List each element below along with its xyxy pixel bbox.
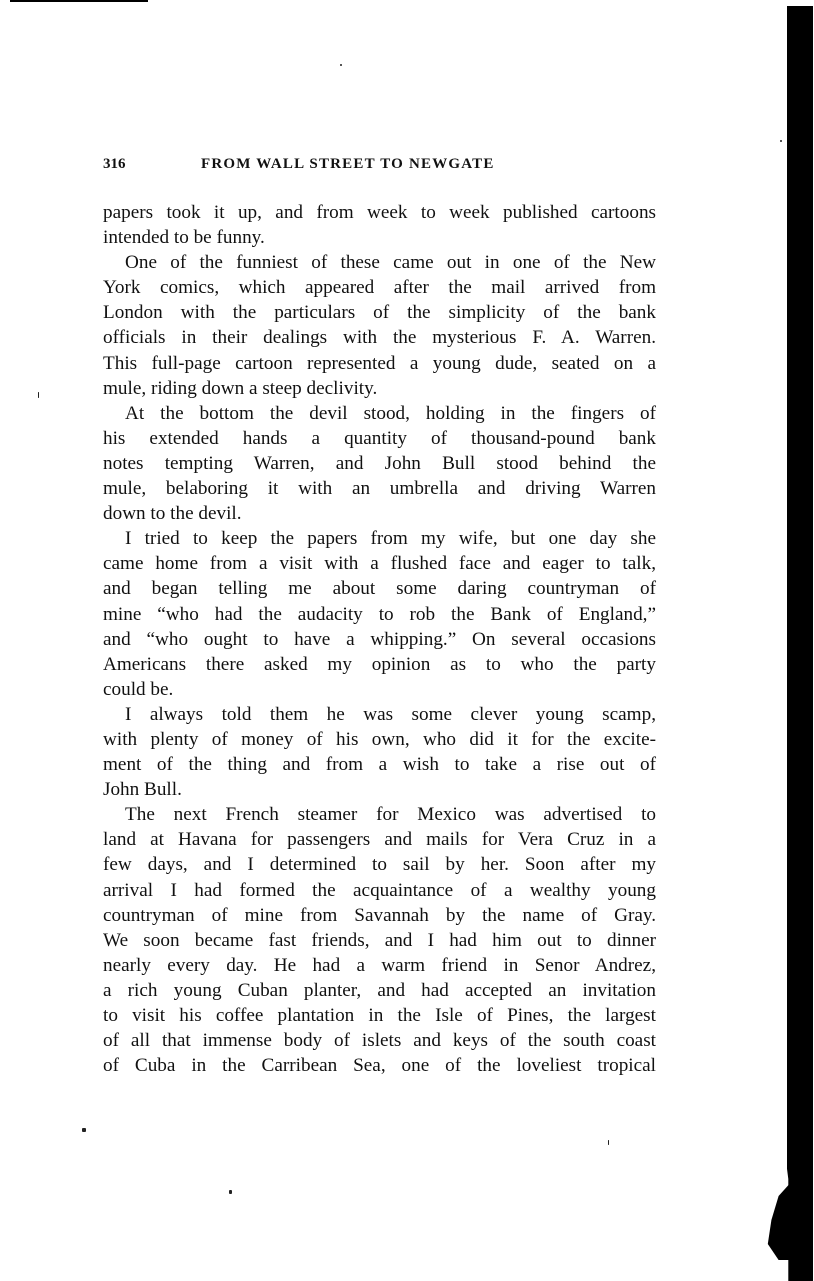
text-line: countryman of mine from Savannah by the … [103,903,656,928]
text-line: mule, riding down a steep declivity. [103,376,656,401]
page-number: 316 [103,156,126,173]
running-header: 316 FROM WALL STREET TO NEWGATE [103,156,658,178]
text-line: This full-page cartoon represented a you… [103,351,656,376]
text-line: could be. [103,677,656,702]
text-line: few days, and I determined to sail by he… [103,852,656,877]
scan-speck [608,1140,609,1145]
text-line: his extended hands a quantity of thousan… [103,426,656,451]
scan-speck [229,1190,232,1194]
running-title: FROM WALL STREET TO NEWGATE [201,156,495,173]
text-line: ment of the thing and from a wish to tak… [103,752,656,777]
scan-binding-shadow [787,6,813,1281]
scan-speck [340,64,342,66]
text-line: papers took it up, and from week to week… [103,200,656,225]
text-line: and began telling me about some daring c… [103,576,656,601]
text-line: officials in their dealings with the mys… [103,325,656,350]
text-line: came home from a visit with a flushed fa… [103,551,656,576]
text-line: mule, belaboring it with an umbrella and… [103,476,656,501]
text-line: to visit his coffee plantation in the Is… [103,1003,656,1028]
scan-binding-shadow-lower [757,1180,793,1260]
text-line: mine “who had the audacity to rob the Ba… [103,602,656,627]
text-line: nearly every day. He had a warm friend i… [103,953,656,978]
scanned-book-page: 316 FROM WALL STREET TO NEWGATE papers t… [0,0,814,1281]
text-line: down to the devil. [103,501,656,526]
text-line: York comics, which appeared after the ma… [103,275,656,300]
text-line: I tried to keep the papers from my wife,… [103,526,656,551]
body-text: papers took it up, and from week to week… [103,200,656,1078]
scan-speck [38,392,39,398]
text-line: London with the particulars of the simpl… [103,300,656,325]
scan-edge-rule [10,0,148,2]
text-line: with plenty of money of his own, who did… [103,727,656,752]
text-line: One of the funniest of these came out in… [103,250,656,275]
text-line: We soon became fast friends, and I had h… [103,928,656,953]
text-line: and “who ought to have a whipping.” On s… [103,627,656,652]
text-line: John Bull. [103,777,656,802]
text-line: At the bottom the devil stood, holding i… [103,401,656,426]
text-line: a rich young Cuban planter, and had acce… [103,978,656,1003]
text-line: intended to be funny. [103,225,656,250]
text-line: notes tempting Warren, and John Bull sto… [103,451,656,476]
text-line: Americans there asked my opinion as to w… [103,652,656,677]
text-line: land at Havana for passengers and mails … [103,827,656,852]
text-line: I always told them he was some clever yo… [103,702,656,727]
scan-speck [82,1128,86,1132]
text-line: of Cuba in the Carribean Sea, one of the… [103,1053,656,1078]
text-line: of all that immense body of islets and k… [103,1028,656,1053]
text-line: arrival I had formed the acquaintance of… [103,878,656,903]
text-line: The next French steamer for Mexico was a… [103,802,656,827]
scan-speck [780,140,782,142]
